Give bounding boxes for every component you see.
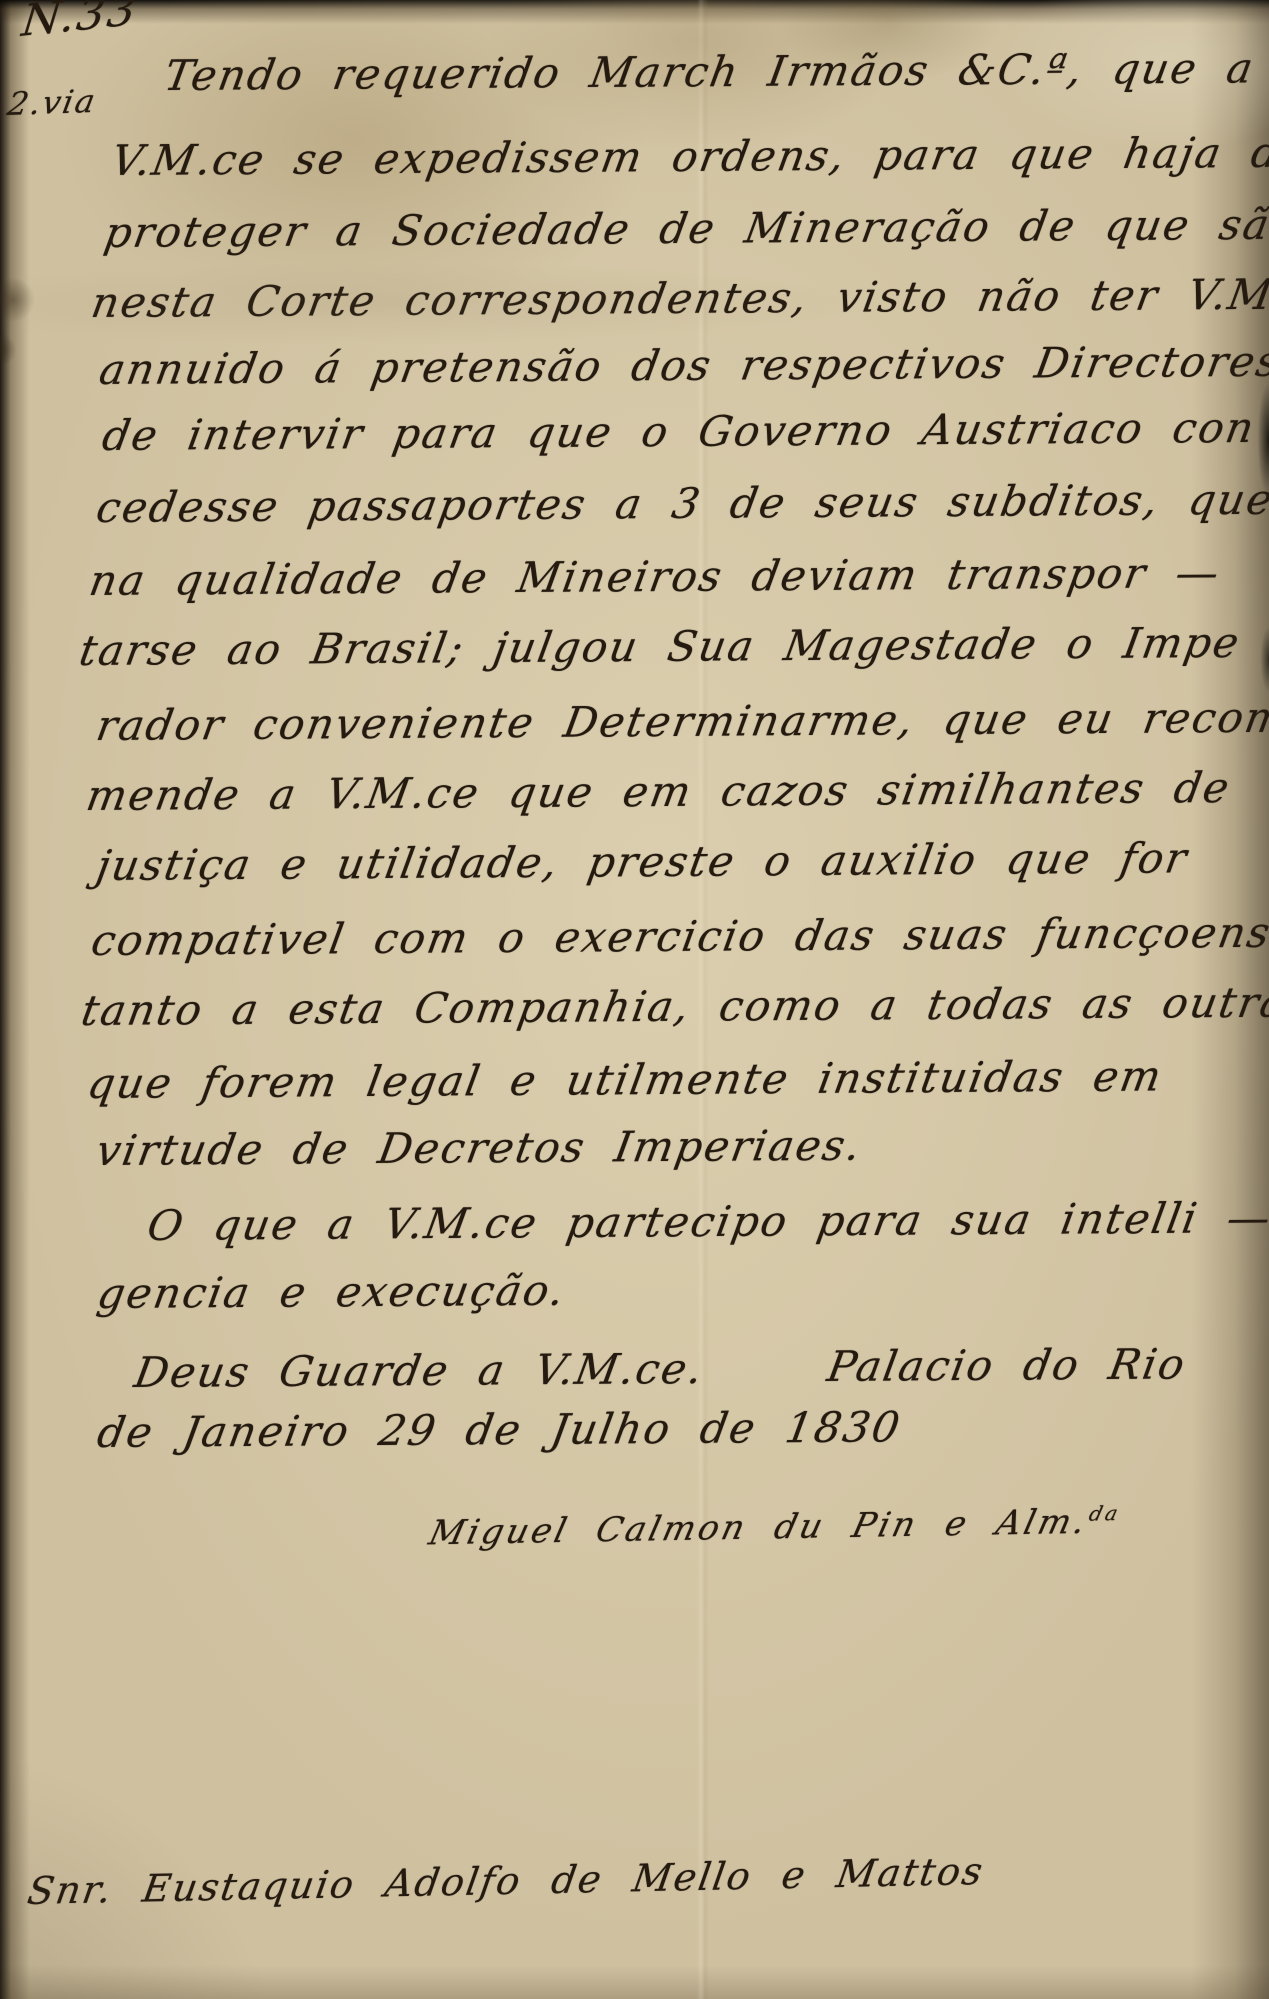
manuscript-line: V.M.ce se expedissem ordens, para que ha… (108, 132, 1269, 182)
signature: Miguel Calmon du Pin e Alm.da (426, 1503, 1123, 1550)
signature-superscript: da (1087, 1501, 1123, 1526)
manuscript-line: cedesse passaportes a 3 de seus subditos… (93, 479, 1269, 529)
date-line: de Janeiro 29 de Julho de 1830 (94, 1406, 904, 1454)
valediction: Deus Guarde a V.M.ce. (131, 1348, 707, 1394)
copy-mark: 2.via (5, 85, 99, 120)
manuscript-line: nesta Corte correspondentes, visto não t… (88, 273, 1269, 324)
place-heading: Palacio do Rio (824, 1344, 1189, 1388)
manuscript-line: O que a V.M.ce partecipo para sua intell… (144, 1197, 1269, 1247)
archival-number: N.33 (20, 0, 140, 44)
manuscript-line: justiça e utilidade, preste o auxilio qu… (93, 837, 1191, 887)
manuscript-line: tarse ao Brasil; julgou Sua Magestade o … (76, 621, 1269, 672)
manuscript-line: virtude de Decretos Imperiaes. (93, 1125, 865, 1172)
manuscript-line: Tendo requerido March Irmãos &C.ª, que a (161, 47, 1257, 97)
manuscript-line: mende a V.M.ce que em cazos similhantes … (83, 767, 1233, 817)
manuscript-line: que forem legal e utilmente instituidas … (84, 1056, 1166, 1105)
manuscript-line: compativel com o exercicio das suas func… (88, 912, 1269, 962)
addressee-line: Snr. Eustaquio Adolfo de Mello e Mattos (25, 1852, 987, 1910)
manuscript-line: proteger a Sociedade de Mineração de que… (101, 204, 1269, 254)
manuscript-page: N.33 2.via Tendo requerido March Irmãos … (0, 0, 1269, 1999)
manuscript-line: na qualidade de Mineiros deviam transpor… (86, 552, 1223, 602)
manuscript-line: rador conveniente Determinarme, que eu r… (93, 696, 1269, 747)
manuscript-line: annuido á pretensão dos respectivos Dire… (96, 341, 1269, 391)
signature-name: Miguel Calmon du Pin e Alm. (425, 1502, 1092, 1553)
manuscript-line: de intervir para que o Governo Austriaco… (99, 406, 1269, 457)
manuscript-line: tanto a esta Companhia, como a todas as … (78, 981, 1269, 1032)
manuscript-line: gencia e execução. (94, 1270, 568, 1315)
